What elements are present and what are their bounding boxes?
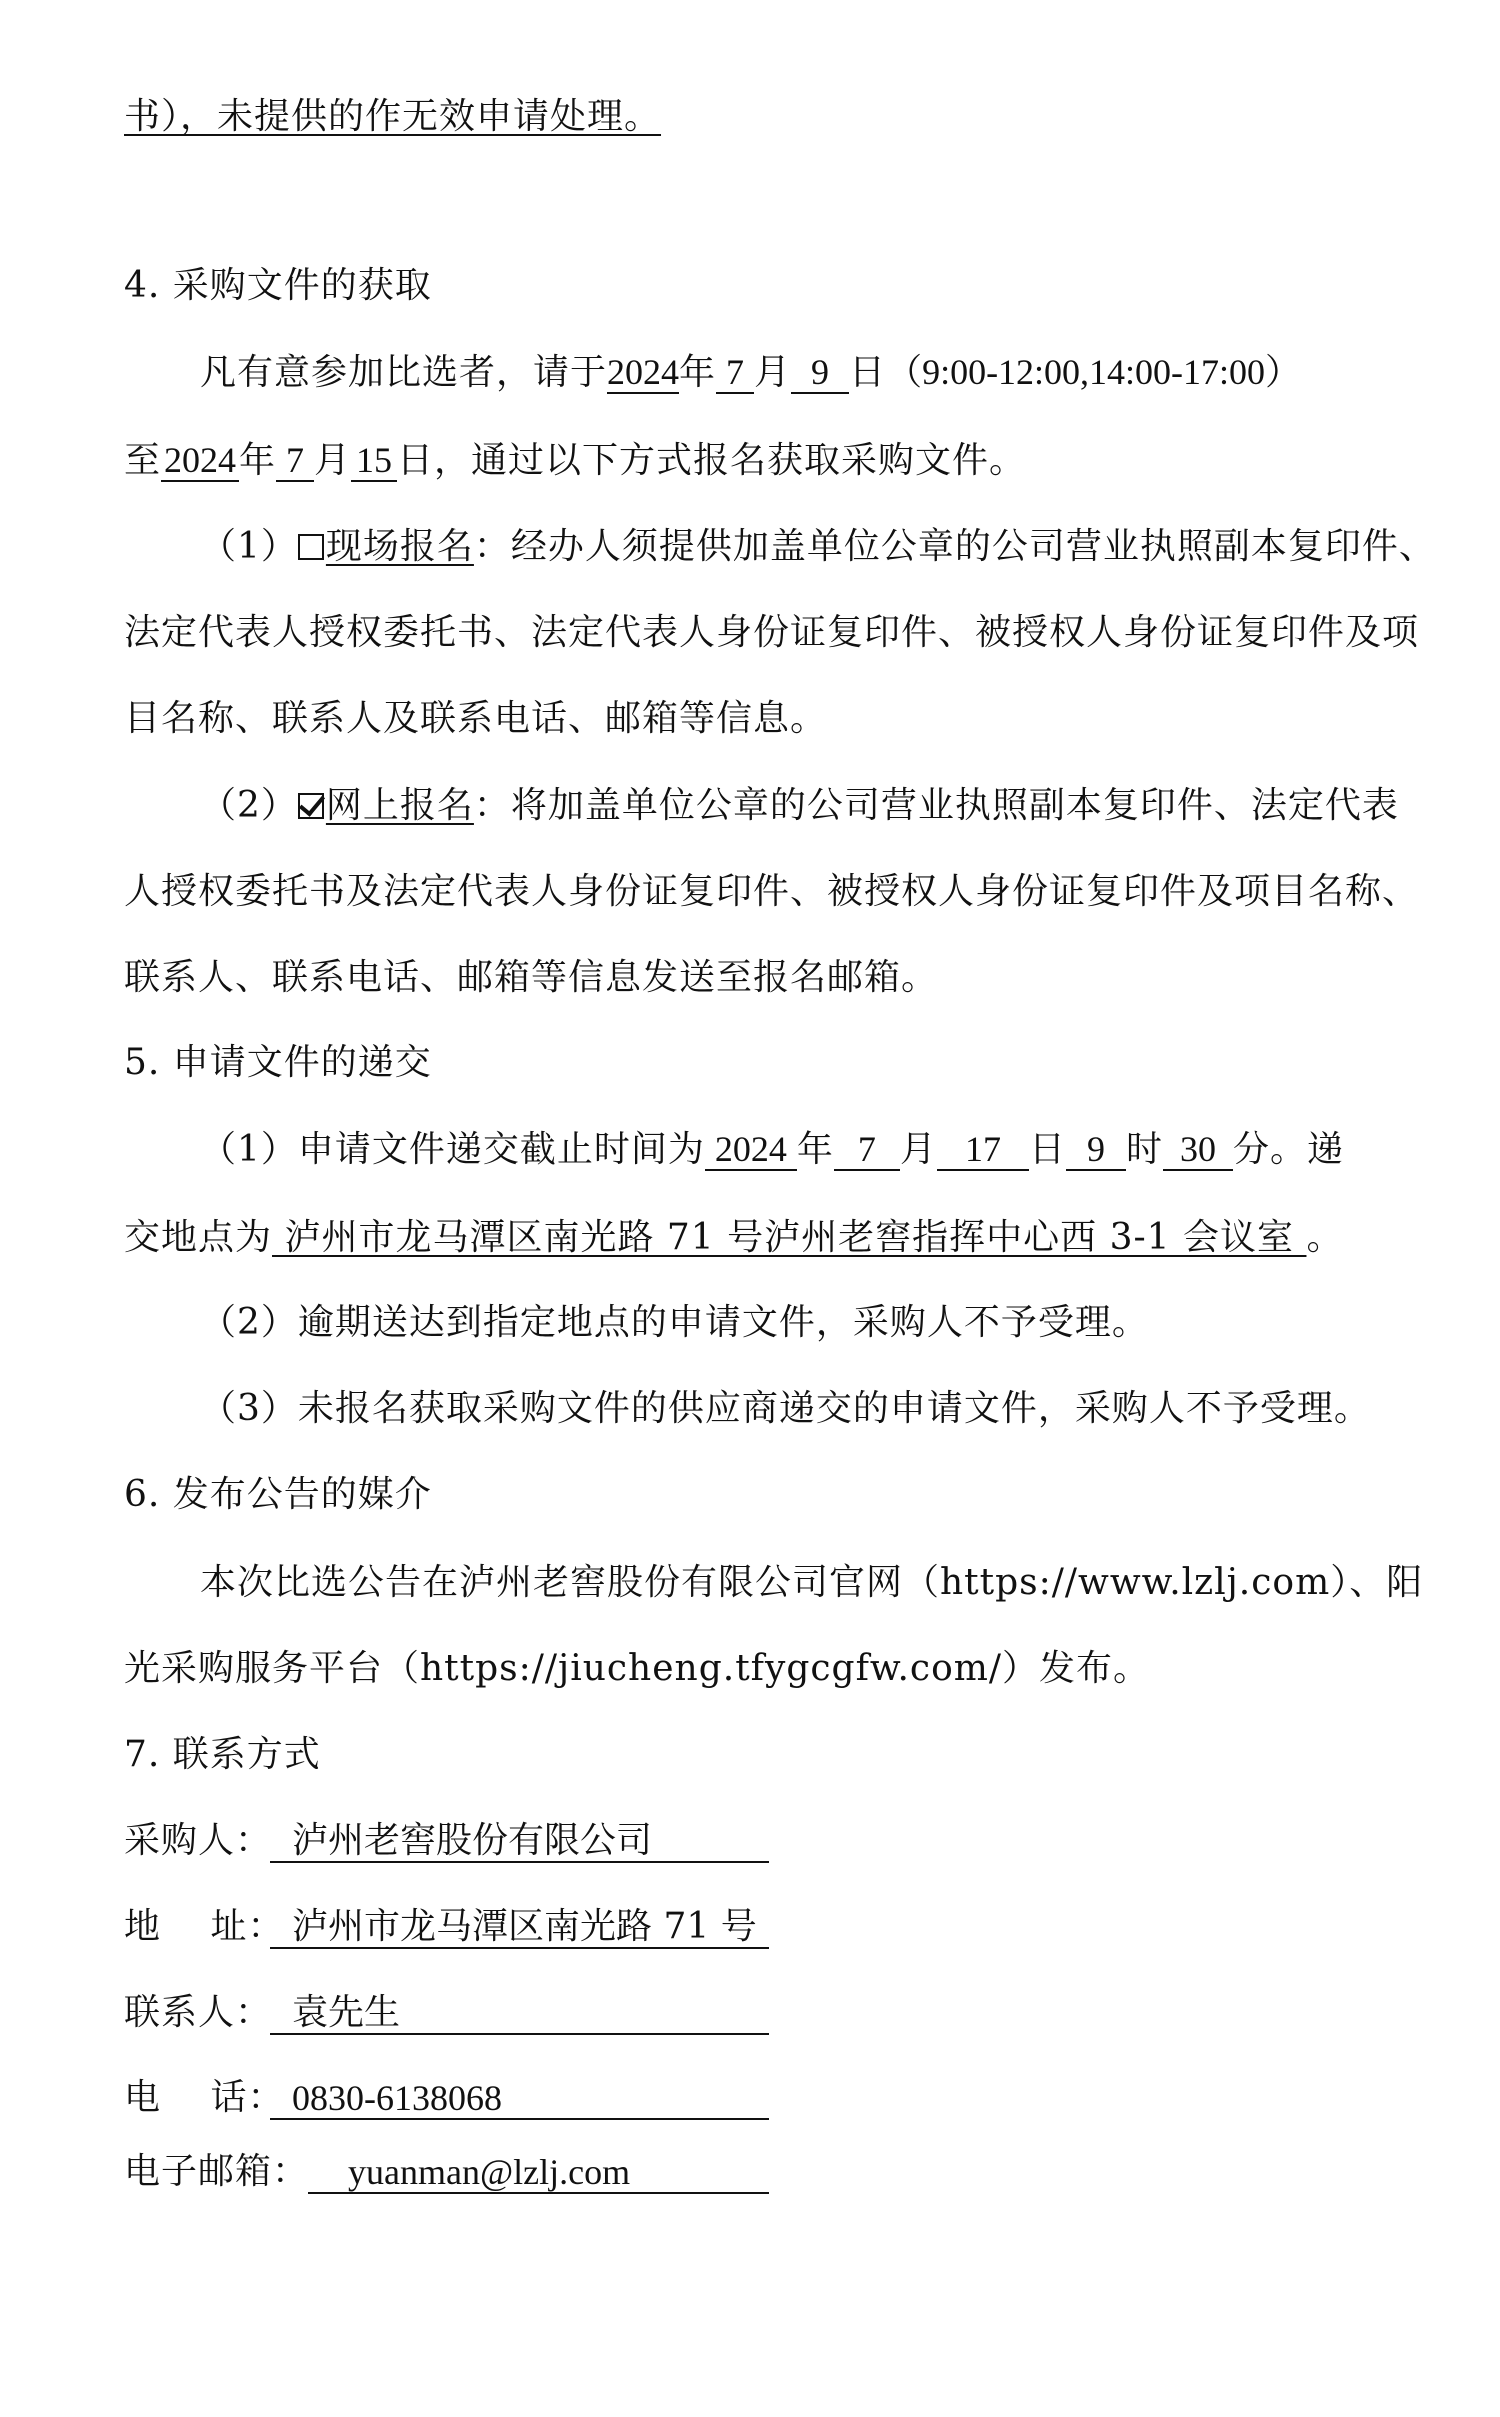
- hour-unit: 时: [1126, 1129, 1163, 1170]
- contact-row-email: 电子邮箱： yuanman@lzlj.com: [124, 2148, 308, 2196]
- deadline-month-field: 7: [834, 1129, 900, 1171]
- location-prefix: 交地点为: [124, 1217, 272, 1258]
- checked-checkbox-icon[interactable]: [298, 793, 324, 819]
- purchaser-value: 泸州老窖股份有限公司: [270, 1817, 769, 1863]
- contact-label: 电子邮箱：: [124, 2148, 308, 2196]
- section5-item1-line1: （1）申请文件递交截止时间为2024年7月17日9时30分。递: [200, 1126, 1344, 1174]
- deadline-minute-field: 30: [1163, 1129, 1233, 1171]
- month-unit: 月: [754, 352, 791, 393]
- option1-line2: 法定代表人授权委托书、法定代表人身份证复印件、被授权人身份证复印件及项: [124, 609, 1419, 657]
- section6-heading: 6. 发布公告的媒介: [124, 1471, 432, 1519]
- para-suffix: 日，通过以下方式报名获取采购文件。: [397, 440, 1026, 481]
- end-year-field: 2024: [161, 440, 239, 482]
- para-prefix: 凡有意参加比选者，请于: [200, 352, 607, 393]
- end-day-field: 15: [351, 440, 397, 482]
- start-day-field: 9: [791, 352, 849, 394]
- section5-item3: （3）未报名获取采购文件的供应商递交的申请文件，采购人不予受理。: [200, 1385, 1371, 1433]
- contact-person-value: 袁先生: [270, 1989, 769, 2035]
- option2-line1: （2）网上报名：将加盖单位公章的公司营业执照副本复印件、法定代表: [200, 782, 1399, 830]
- option1-label: 现场报名: [326, 526, 474, 567]
- section4-heading: 4. 采购文件的获取: [124, 262, 432, 310]
- contact-row-purchaser: 采购人： 泸州老窖股份有限公司: [124, 1817, 270, 1865]
- section5-heading: 5. 申请文件的递交: [124, 1039, 432, 1087]
- option1-text: ：经办人须提供加盖单位公章的公司营业执照副本复印件、: [474, 526, 1436, 567]
- email-value[interactable]: yuanman@lzlj.com: [308, 2148, 769, 2194]
- option2-label: 网上报名: [326, 785, 474, 826]
- address-value: 泸州市龙马潭区南光路 71 号: [270, 1903, 769, 1949]
- submission-location: 泸州市龙马潭区南光路 71 号泸州老窖指挥中心西 3-1 会议室: [272, 1217, 1306, 1258]
- section5-item1-line2: 交地点为 泸州市龙马潭区南光路 71 号泸州老窖指挥中心西 3-1 会议室 。: [124, 1214, 1343, 1262]
- contact-row-address: 地 址： 泸州市龙马潭区南光路 71 号: [124, 1903, 270, 1951]
- item1-prefix: （1）申请文件递交截止时间为: [200, 1129, 705, 1170]
- section6-line1: 本次比选公告在泸州老窖股份有限公司官网（https://www.lzlj.com…: [200, 1559, 1423, 1607]
- option2-line2: 人授权委托书及法定代表人身份证复印件、被授权人身份证复印件及项目名称、: [124, 868, 1419, 916]
- contact-row-phone: 电 话： 0830-6138068: [124, 2074, 270, 2122]
- section6-line2: 光采购服务平台（https://jiucheng.tfygcgfw.com/）发…: [124, 1645, 1150, 1693]
- deadline-day-field: 17: [937, 1129, 1029, 1171]
- unchecked-checkbox-icon[interactable]: [298, 534, 324, 560]
- contact-label: 电 话：: [124, 2074, 270, 2122]
- start-month-field: 7: [716, 352, 754, 394]
- to-word: 至: [124, 440, 161, 481]
- option1-label-wrap: 现场报名: [298, 526, 474, 567]
- section5-item2: （2）逾期送达到指定地点的申请文件，采购人不予受理。: [200, 1299, 1149, 1347]
- year-unit: 年: [797, 1129, 834, 1170]
- option1-line1: （1）现场报名：经办人须提供加盖单位公章的公司营业执照副本复印件、: [200, 523, 1436, 571]
- contact-label: 采购人：: [124, 1817, 270, 1865]
- option1-number: （1）: [200, 526, 298, 567]
- year-unit: 年: [679, 352, 716, 393]
- month-unit: 月: [314, 440, 351, 481]
- month-unit: 月: [900, 1129, 937, 1170]
- contact-label: 联系人：: [124, 1989, 270, 2037]
- minute-unit: 分。递: [1233, 1129, 1344, 1170]
- day-unit: 日: [849, 352, 886, 393]
- option2-label-wrap: 网上报名: [298, 785, 474, 826]
- phone-value: 0830-6138068: [270, 2074, 769, 2120]
- office-hours: （9:00-12:00,14:00-17:00）: [886, 352, 1301, 392]
- option2-text: ：将加盖单位公章的公司营业执照副本复印件、法定代表: [474, 785, 1399, 826]
- section4-para-line1: 凡有意参加比选者，请于2024年7月9日（9:00-12:00,14:00-17…: [200, 348, 1301, 396]
- intro-tail-text: 书），未提供的作无效申请处理。: [124, 93, 661, 141]
- day-unit: 日: [1029, 1129, 1066, 1170]
- deadline-year-field: 2024: [705, 1129, 797, 1171]
- end-month-field: 7: [276, 440, 314, 482]
- location-suffix: 。: [1306, 1217, 1343, 1258]
- contact-label: 地 址：: [124, 1903, 270, 1951]
- contact-row-person: 联系人： 袁先生: [124, 1989, 270, 2037]
- section7-heading: 7. 联系方式: [124, 1731, 321, 1779]
- section4-para-line2: 至2024年7月15日，通过以下方式报名获取采购文件。: [124, 437, 1026, 485]
- start-year-field: 2024: [607, 352, 679, 394]
- option2-number: （2）: [200, 785, 298, 826]
- option2-line3: 联系人、联系电话、邮箱等信息发送至报名邮箱。: [124, 954, 938, 1002]
- option1-line3: 目名称、联系人及联系电话、邮箱等信息。: [124, 695, 827, 743]
- deadline-hour-field: 9: [1066, 1129, 1126, 1171]
- year-unit: 年: [239, 440, 276, 481]
